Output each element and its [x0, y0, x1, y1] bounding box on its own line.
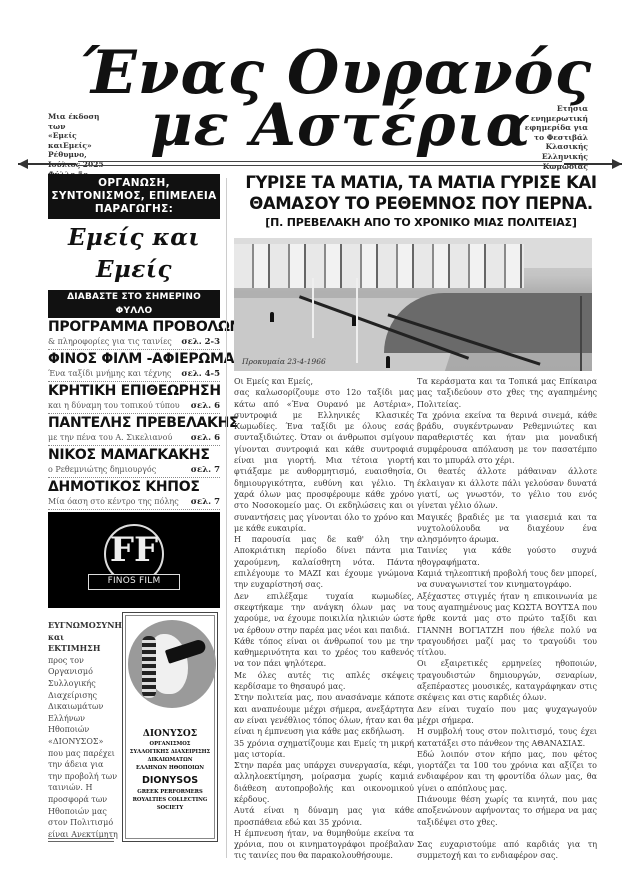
toc-title: ΝΙΚΟΣ ΜΑΜΑΓΚΑΚΗΣ	[48, 447, 220, 464]
dionysos-line: ΔΙΚΑΙΩΜΑΤΩΝ	[126, 756, 214, 764]
dionysos-line: ΣΥΛΛΟΓΙΚΗΣ ΔΙΑΧΕΙΡΙΣΗΣ	[126, 748, 214, 756]
toc-desc: & πληροφορίες για τις ταινίες	[48, 336, 172, 347]
toc-desc: Ένα ταξίδι μνήμης και τέχνης	[48, 368, 171, 379]
paragraph: Στην παρέα μας υπάρχει συνεργασία, κέφι,…	[234, 760, 414, 805]
toc-desc: ο Ρεθεμνιώτης δημιουργός	[48, 464, 156, 475]
newspaper-title-line2: με Αστέρια	[150, 92, 490, 158]
toc-title: ΠΡΟΓΡΑΜΜΑ ΠΡΟΒΟΛΩΝ	[48, 319, 220, 336]
paragraph: 35 χρόνια σχηματίζουμε και Εμείς τη μικρ…	[234, 738, 414, 761]
dionysos-line: ΟΡΓΑΝΙΣΜΟΣ	[126, 740, 214, 748]
toc-item[interactable]: ΝΙΚΟΣ ΜΑΜΑΓΚΑΚΗΣ ο Ρεθεμνιώτης δημιουργό…	[48, 446, 220, 478]
divider	[48, 838, 114, 842]
headline-line: ΓΥΡΙΣΕ ΤΑ ΜΑΤΙΑ, ΤΑ ΜΑΤΙΑ ΓΥΡΙΣΕ ΚΑΙ	[232, 172, 610, 193]
paragraph: Οι θεατές άλλοτε μάθαιναν άλλοτε έκλαιγα…	[417, 466, 597, 511]
article-subhead: [Π. ΠΡΕΒΕΛΑΚΗ ΑΠΟ ΤΟ ΧΡΟΝΙΚΟ ΜΙΑΣ ΠΟΛΙΤΕ…	[232, 215, 610, 231]
toc-title: ΚΡΗΤΙΚΗ ΕΠΙΘΕΩΡΗΣΗ	[48, 383, 220, 400]
logo-banner: FINOS FILM	[88, 574, 180, 590]
column-divider	[226, 178, 227, 858]
toc-item[interactable]: ΠΡΟΓΡΑΜΜΑ ΠΡΟΒΟΛΩΝ & πληροφορίες για τις…	[48, 318, 220, 350]
toc-title: ΔΗΜΟΤΙΚΟΣ ΚΗΠΟΣ	[48, 479, 220, 496]
paragraph: Αξέχαστες στιγμές ήταν η επικοινωνία με …	[417, 591, 597, 659]
paragraph: Στην πολιτεία μας, που ανασάναμε κάποτε …	[234, 692, 414, 737]
dionysos-title-gr: ΔΙΟΝΥΣΟΣ	[126, 728, 214, 740]
read-today-label: ΔΙΑΒΑΣΤΕ ΣΤΟ ΣΗΜΕΡΙΝΟ ΦΥΛΛΟ	[48, 290, 220, 318]
ff-monogram-icon: FF	[104, 528, 164, 572]
issue-info-line: Μια έκδοση των	[48, 112, 118, 131]
masthead: Ένας Ουρανός με Αστέρια Μια έκδοση των «…	[0, 0, 640, 168]
paragraph: Δεν επιλέξαμε τυχαία κωμωδίες, σκεφτήκαμ…	[234, 591, 414, 636]
paragraph: Τα χρόνια εκείνα τα θερινά σινεμά, κάθε …	[417, 410, 597, 466]
issue-info: Μια έκδοση των «Εμείς καιΕμείς» Ρέθυμνο,…	[48, 112, 118, 179]
article-column-1: Οι Εμείς και Εμείς, σας καλωσορίζουμε στ…	[234, 376, 414, 862]
paragraph: Η συμβολή τους στον πολιτισμό, τους έχει…	[417, 726, 597, 749]
paragraph: Ταινίες για κάθε γούστο συχνά ηθογραφήμα…	[417, 545, 597, 568]
toc-item[interactable]: ΔΗΜΟΤΙΚΟΣ ΚΗΠΟΣ Μία όαση στο κέντρο της …	[48, 478, 220, 510]
description-line: ενημερωτική	[510, 114, 588, 124]
closing-paragraph: Σας ευχαριστούμε από καρδιάς για τη συμμ…	[417, 839, 597, 862]
paragraph: Καμιά τηλεοπτική προβολή τους δεν μπορεί…	[417, 568, 597, 591]
dionysos-ad: ΔΙΟΝΥΣΟΣ ΟΡΓΑΝΙΣΜΟΣ ΣΥΛΛΟΓΙΚΗΣ ΔΙΑΧΕΙΡΙΣ…	[122, 612, 218, 842]
double-rule	[78, 161, 562, 166]
dionysos-line: ΕΛΛΗΝΩΝ ΗΘΟΠΟΙΩΝ	[126, 764, 214, 772]
paragraph: Μαγικές βραδιές με τα γιασεμιά και τα νυ…	[417, 512, 597, 546]
toc-title: ΦΙΝΟΣ ΦΙΛΜ -ΑΦΙΕΡΩΜΑ	[48, 351, 220, 368]
paragraph: Η παρουσία μας δε καθ' όλη την Αποκριάτι…	[234, 534, 414, 590]
dionysos-line: SOCIETY	[126, 804, 214, 812]
toc-item[interactable]: ΦΙΝΟΣ ΦΙΛΜ -ΑΦΙΕΡΩΜΑ Ένα ταξίδι μνήμης κ…	[48, 350, 220, 382]
toc-desc: με την πένα του Α. Σικελιανού	[48, 432, 172, 443]
issue-info-line: Ρέθυμνο,	[48, 150, 118, 160]
buildings	[234, 244, 524, 288]
article-headline: ΓΥΡΙΣΕ ΤΑ ΜΑΤΙΑ, ΤΑ ΜΑΤΙΑ ΓΥΡΙΣΕ ΚΑΙ ΘΑΜ…	[232, 172, 610, 231]
toc-desc: και η δύναμη του τοπικού τύπου	[48, 400, 180, 411]
theatre-mask-icon	[128, 620, 216, 708]
description-line: Ετήσια	[510, 104, 588, 114]
paragraph: Αυτά είναι η δύναμη μας για κάθε προσπάθ…	[234, 805, 414, 828]
masthead-divider	[12, 160, 628, 168]
toc-title: ΠΑΝΤΕΛΗΣ ΠΡΕΒΕΛΑΚΗΣ	[48, 415, 220, 432]
paragraph: Δεν είναι τυχαίο που μας ψυχαγωγούν μέχρ…	[417, 704, 597, 727]
toc-page: σελ. 7	[191, 497, 220, 507]
thanks-note: ΕΥΓΝΩΜΟΣΥΝΗ και ΕΚΤΙΜΗΣΗ προς τον Οργανι…	[48, 620, 118, 840]
finos-film-logo: FF FINOS FILM	[48, 512, 220, 608]
description-line: το Φεστιβάλ	[510, 133, 588, 143]
organization-name: Εμείς και Εμείς	[48, 222, 220, 286]
dionysos-line: GREEK PERFORMERS	[126, 788, 214, 796]
toc-page: σελ. 7	[191, 465, 220, 475]
toc-page: σελ. 6	[191, 433, 220, 443]
dionysos-line: ROYALTIES COLLECTING	[126, 796, 214, 804]
paragraph: σας καλωσορίζουμε στο 12ο ταξίδι μας κάτ…	[234, 387, 414, 534]
thanks-heading: ΕΥΓΝΩΜΟΣΥΝΗ	[48, 620, 118, 632]
paragraph: Με όλες αυτές τις απλές σκέψεις κερδίσαμ…	[234, 670, 414, 693]
paragraph: Η έμπνευση ήταν, να θυμηθούμε εκείνα τα …	[234, 828, 414, 862]
thanks-heading: και ΕΚΤΙΜΗΣΗ	[48, 632, 118, 655]
dionysos-title-en: DIONYSOS	[126, 774, 214, 788]
paragraph: Εδώ λοιπόν στον κήπο μας, που φέτος γιορ…	[417, 749, 597, 794]
sidebar: ΟΡΓΑΝΩΣΗ, ΣΥΝΤΟΝΙΣΜΟΣ, ΕΠΙΜΕΛΕΙΑ ΠΑΡΑΓΩΓ…	[48, 174, 220, 547]
description-line: εφημερίδα για	[510, 123, 588, 133]
paragraph: Οι εξαιρετικές ερμηνείες ηθοποιών, τραγο…	[417, 658, 597, 703]
toc-item[interactable]: ΠΑΝΤΕΛΗΣ ΠΡΕΒΕΛΑΚΗΣ με την πένα του Α. Σ…	[48, 414, 220, 446]
thanks-text: προς τον Οργανισμό Συλλογικής Διαχείριση…	[48, 655, 118, 841]
paragraph: Οι Εμείς και Εμείς,	[234, 376, 414, 387]
harbor-photo: Προκυμαία 23-4-1966	[234, 238, 592, 371]
article-column-2: Τα κεράσματα και τα Τοπικά μας Επίκαιρα …	[417, 376, 597, 861]
issue-info-line: «Εμείς καιΕμείς»	[48, 131, 118, 150]
toc-page: σελ. 2-3	[181, 337, 220, 347]
toc-page: σελ. 4-5	[181, 369, 220, 379]
photo-caption: Προκυμαία 23-4-1966	[242, 357, 326, 366]
toc-item[interactable]: ΚΡΗΤΙΚΗ ΕΠΙΘΕΩΡΗΣΗ και η δύναμη του τοπι…	[48, 382, 220, 414]
paragraph: Κάθε τόπος είναι οι άνθρωποί του με την …	[234, 636, 414, 670]
arrow-right-ornament-icon	[564, 163, 622, 165]
organization-label: ΟΡΓΑΝΩΣΗ, ΣΥΝΤΟΝΙΣΜΟΣ, ΕΠΙΜΕΛΕΙΑ ΠΑΡΑΓΩΓ…	[48, 174, 220, 219]
paragraph: Τα κεράσματα και τα Τοπικά μας Επίκαιρα …	[417, 376, 597, 410]
toc-page: σελ. 6	[191, 401, 220, 411]
toc-desc: Μία όαση στο κέντρο της πόλης	[48, 496, 179, 507]
description-line: Κλασικής	[510, 142, 588, 152]
headline-line: ΘΑΜΑΣΟΥ ΤΟ ΡΕΘΕΜΝΟΣ ΠΟΥ ΠΕΡΝΑ.	[232, 193, 610, 214]
arrow-left-ornament-icon	[18, 163, 76, 165]
paragraph: Πιάνουμε θέση χωρίς τα κινητά, που μας α…	[417, 794, 597, 828]
